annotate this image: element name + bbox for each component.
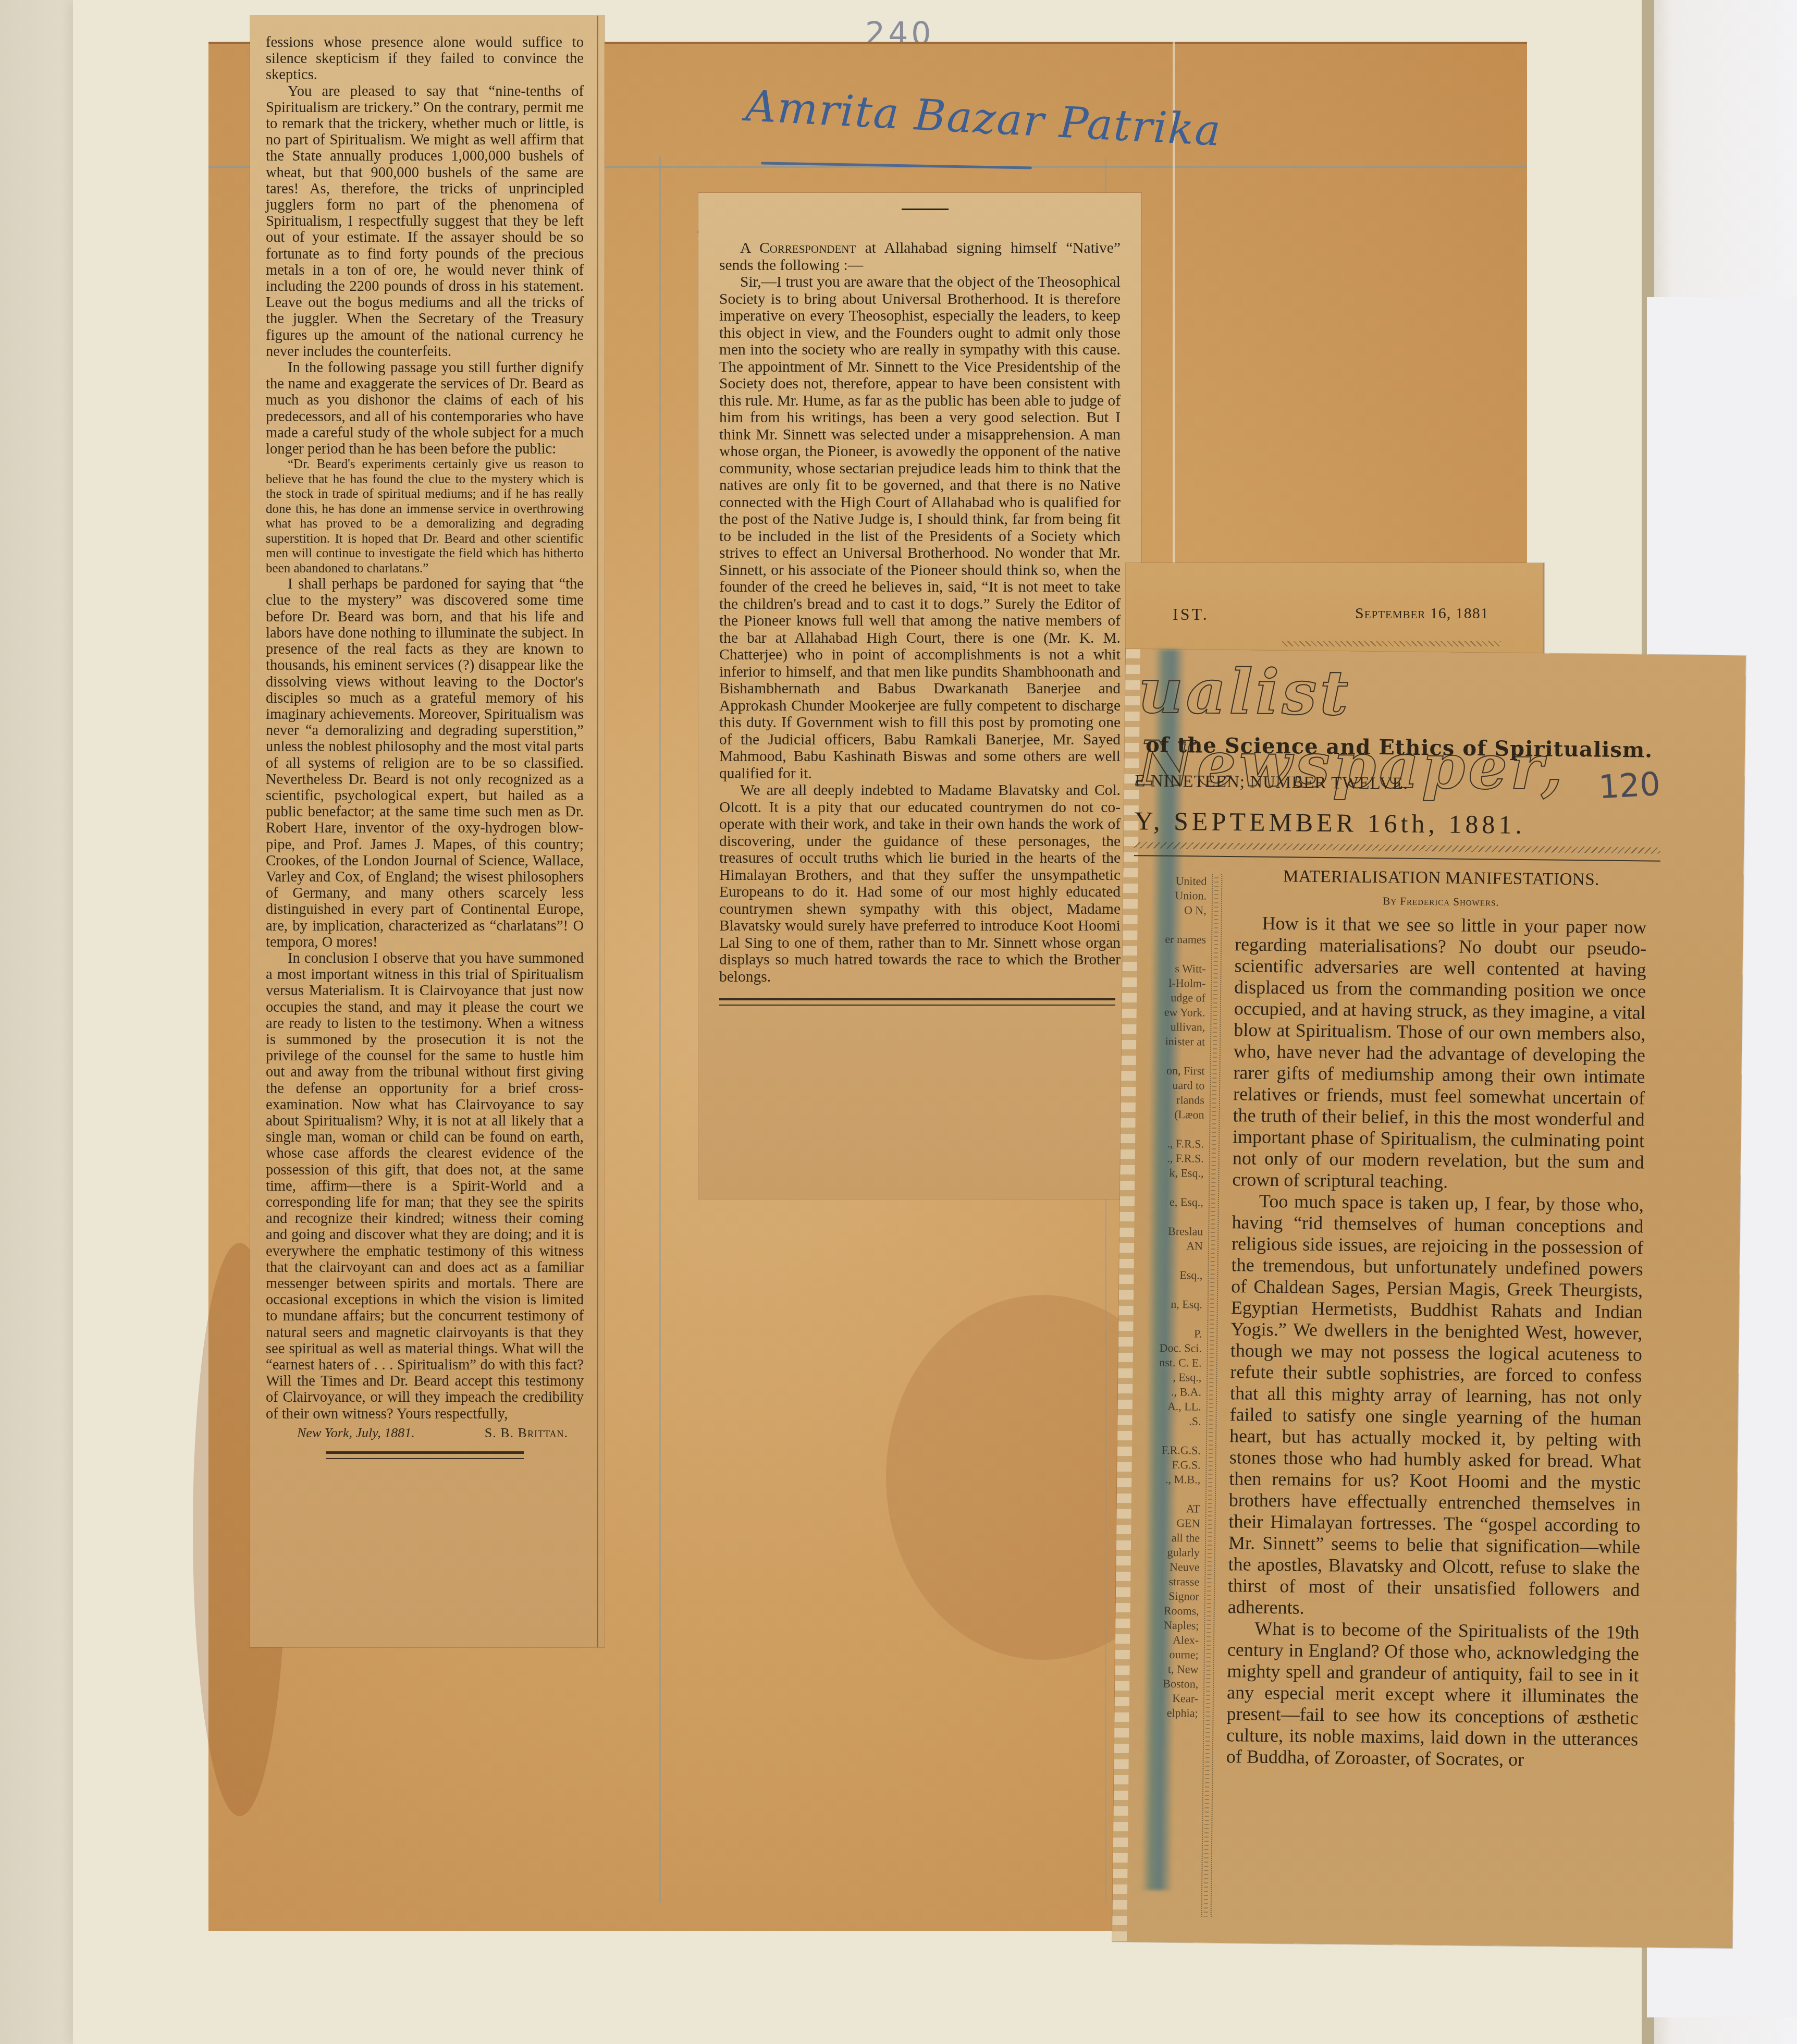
side-column-line: Boston, [1125,1676,1198,1691]
block-quote: “Dr. Beard's experiments certainly give … [266,457,584,576]
side-column-line: Naples; [1126,1618,1199,1633]
pencil-annotation-number: 120 [1597,765,1661,806]
side-column-line: all the [1127,1530,1200,1545]
clipping-native-correspondent: A Correspondent at Allahabad signing him… [698,193,1141,1199]
side-column-line [1133,946,1206,961]
side-column-line: e, Esq., [1130,1194,1203,1209]
side-column-line: ., F.R.S. [1131,1136,1204,1151]
paragraph: In conclusion I observe that you have su… [266,950,584,1422]
side-column-line: uard to [1131,1078,1204,1093]
side-column-line: F.G.S. [1127,1457,1200,1472]
side-column-line: Alex- [1126,1632,1199,1647]
side-column-line [1132,1048,1205,1063]
side-column-line: Esq., [1129,1267,1202,1282]
side-column-line: ., B.A. [1128,1384,1201,1399]
side-column-line: Rooms, [1126,1603,1199,1618]
end-rule [719,998,1115,1006]
paragraph: You are pleased to say that “nine-tenths… [266,83,584,360]
top-rule [902,209,949,210]
side-column-line: ullivan, [1132,1019,1205,1034]
side-column-line: on, First [1131,1063,1204,1078]
side-column-line: F.R.G.S. [1128,1442,1201,1458]
signature-place-date: New York, July, 1881. [297,1425,415,1441]
side-column-line [1128,1428,1201,1443]
article-byline: By Frederica Showers. [1235,893,1647,910]
masthead-date: Y, SEPTEMBER 16th, 1881. [1134,805,1525,840]
side-column-line: AN [1130,1238,1203,1253]
masthead-volume: E NINETEEN; NUMBER TWELVE. [1135,772,1408,793]
side-column-line: ., M.B., [1127,1472,1200,1487]
side-column-line [1131,1121,1204,1136]
side-column-line: inister at [1132,1034,1205,1049]
side-column-line [1133,917,1206,932]
article-materialisation: MATERIALISATION MANIFESTATIONS. By Frede… [1226,866,1647,1771]
side-column-line: , Esq., [1128,1369,1201,1385]
side-column-line: United [1134,873,1207,888]
paragraph: How is it that we see so little in your … [1232,912,1647,1194]
side-column-line: k, Esq., [1130,1165,1203,1180]
side-column-line: udge of [1133,990,1205,1005]
ornamental-rule [1282,641,1501,646]
side-column-line: GEN [1127,1515,1200,1531]
side-column-line [1130,1209,1203,1224]
signature-name: S. B. Brittan. [485,1425,568,1441]
side-column-line: n, Esq. [1129,1296,1202,1312]
side-column-line [1130,1253,1203,1268]
paragraph: Too much space is taken up, I fear, by t… [1228,1190,1644,1622]
side-column-line: strasse [1126,1574,1199,1589]
paragraph: What is to become of the Spiritualists o… [1226,1618,1640,1771]
side-column-line: Kear- [1125,1691,1198,1706]
paragraph: In the following passage you still furth… [266,360,584,457]
side-column-line: elphia; [1125,1705,1198,1720]
side-column-line: Doc. Sci. [1129,1340,1202,1355]
clipping-spiritualist-newspaper: ualist Newspaper, of the Science and Eth… [1112,649,1746,1948]
side-column-line: Union. [1134,888,1207,903]
side-column-line: A., LL. [1128,1399,1201,1414]
side-column-line: O N, [1134,902,1207,917]
side-column-line: rlands [1131,1092,1204,1107]
clipping-brittan-letter: fessions whose presence alone would suff… [250,16,605,1647]
side-column-line: er names [1133,932,1206,947]
side-column-line: ourne; [1126,1647,1199,1662]
side-column-line: .S. [1128,1413,1201,1428]
column-border [597,16,598,1647]
truncated-side-column: UnitedUnion.O N, er names s Witt-l-Holm-… [1125,873,1207,1720]
article-headline: MATERIALISATION MANIFESTATIONS. [1235,866,1647,890]
ledger-rule-vertical [659,156,661,1903]
paragraph: fessions whose presence alone would suff… [266,34,584,83]
signature-line: New York, July, 1881. S. B. Brittan. [266,1425,584,1441]
masthead-rule [1134,855,1660,862]
ornamental-rule [1134,842,1660,854]
side-column-line: Breslau [1130,1223,1203,1239]
side-column-line: (Læon [1131,1107,1204,1122]
side-column-line: Neuve [1126,1559,1199,1574]
side-column-line: l-Holm- [1133,975,1205,990]
side-column-line: Signor [1126,1588,1199,1604]
side-column-line: nst. C. E. [1129,1355,1202,1370]
paragraph: I shall perhaps be pardoned for saying t… [266,576,584,950]
paragraph: Sir,—I trust you are aware that the obje… [719,274,1121,782]
paragraph: We are all deeply indebted to Madame Bla… [719,782,1121,985]
side-column-line [1127,1486,1200,1501]
lead-caps: A Correspondent [740,240,856,256]
side-column-line [1130,1180,1203,1195]
side-column-line: ., F.R.S. [1131,1150,1204,1166]
header-date: September 16, 1881 [1355,605,1489,622]
side-column-line: t, New [1125,1661,1198,1676]
side-column-line: P. [1129,1326,1202,1341]
end-rule [326,1451,524,1459]
lead-paragraph: A Correspondent at Allahabad signing him… [719,240,1121,274]
side-column-line: s Witt- [1133,961,1205,976]
side-column-line: gularly [1127,1545,1200,1560]
side-column-line: ew York. [1133,1005,1205,1020]
side-column-line [1129,1282,1202,1297]
side-column-line [1129,1311,1202,1326]
side-column-line: AT [1127,1501,1200,1516]
issue-fragment: IST. [1173,605,1209,624]
